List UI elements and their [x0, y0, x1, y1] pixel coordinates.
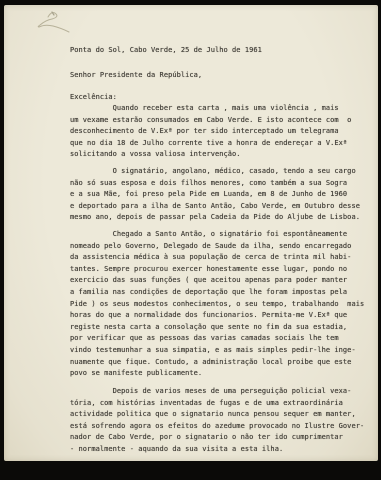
paragraph-2: O signatário, angolano, médico, casado, … [70, 166, 360, 224]
paragraph-3: Chegado a Santo Antão, o signatário foi … [70, 229, 364, 380]
paragraph-4: Depois de varios meses de uma perseguiçã… [70, 386, 364, 456]
dateline: Ponta do Sol, Cabo Verde, 25 de Julho de… [70, 45, 262, 57]
paragraph-1: Quando receber esta carta , mais uma vio… [70, 103, 351, 161]
handwritten-scribble-mark [28, 9, 88, 41]
greeting: Excelência: [70, 92, 117, 104]
salutation: Senhor Presidente da República, [70, 70, 202, 82]
letter-page: Ponta do Sol, Cabo Verde, 25 de Julho de… [4, 5, 378, 461]
